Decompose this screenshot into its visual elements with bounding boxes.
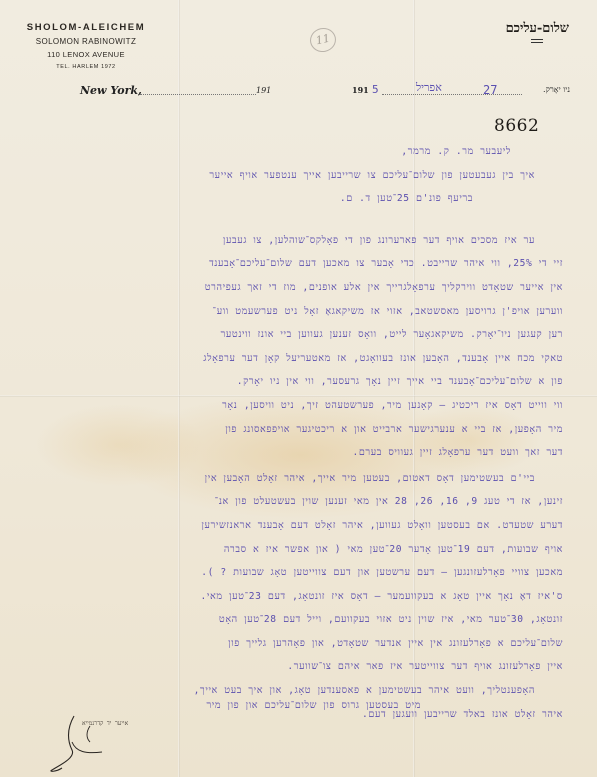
- letter-line: פון א שלום־עליכם־אָבענד ביי אייך זיין נא…: [43, 370, 563, 394]
- letter-line: דערע שטעדט. אם בעסטען וואָלט געווען, איה…: [43, 514, 563, 538]
- date-dotted-line: [382, 94, 522, 95]
- letterhead-hebrew: שלום-עליכם: [506, 20, 569, 43]
- letter-body: ליעבער מר. ק. מרמר, איך בין געבעטען פון …: [43, 140, 563, 726]
- letter-line: בריעף פונ'ם 25־טען ד. ם.: [43, 187, 563, 211]
- letterhead-address: 110 LENOX AVENUE: [26, 50, 146, 59]
- date-day: 27: [483, 83, 497, 97]
- letter-line: רען קעגען ניו־יאָרק. משיקאגאָער לייט, וו…: [43, 323, 563, 347]
- letter-line: טאקי מכח איין אָבענד, האָבען אונז בעוואָ…: [43, 347, 563, 371]
- letter-line: זונטאָג, 30־טער מאי, איז שוין ניט אזוי ב…: [43, 608, 563, 632]
- date-year-digit: 5: [372, 83, 379, 96]
- letter-line: ס'איז דאָ נאָך איין טאָג א בעקוועמער — ד…: [43, 585, 563, 609]
- date-city-english: New York,: [80, 84, 142, 97]
- letter-line: ווי ווייט דאָס איז ריכטיג — קאָנען מיר, …: [43, 394, 563, 418]
- letter-line: מיר האָפען, אז ביי א ענערגישער ארבייט או…: [43, 418, 563, 442]
- letter-line: זיי די 25%, ווי איהר שרייבט. כדי אָבער צ…: [43, 252, 563, 276]
- letterhead-name-hebrew: שלום-עליכם: [506, 20, 569, 36]
- letter-line: דער זאך וועט דער ערפאָלג זיין געוויס בער…: [43, 441, 563, 465]
- double-underline: [531, 39, 543, 43]
- letter-line: איך בין געבעטען פון שלום־עליכם צו שרייבע…: [43, 164, 563, 188]
- signature-label: אייער יד קדרנמייא: [82, 720, 128, 727]
- letterhead-english: SHOLOM-ALEICHEM SOLOMON RABINOWITZ 110 L…: [26, 22, 146, 70]
- letterhead-name: SHOLOM-ALEICHEM: [26, 22, 146, 33]
- letter-line: מאכען צוויי פאָרלעזונגען — דעם ערשטען או…: [43, 561, 563, 585]
- letter-line: זינען, אז די טעג 9, 16, 26, 28 אין מאי ז…: [43, 490, 563, 514]
- letter-line: ביי'ם בעשטימען דאָס דאטום, בעטען מיר איי…: [43, 467, 563, 491]
- date-year-prefix-english: 191: [256, 86, 271, 95]
- date-line-hebrew: 191 5 אפריל 27 ניו יאָרק.: [352, 82, 570, 98]
- letter-line: אין אייער שטאָדט ווירקליך ערפאָלגרייך אי…: [43, 276, 563, 300]
- date-year-prefix: 191: [352, 85, 369, 95]
- letter-line: אויף שבועות, דעם 19־טען אָדער 20־טען מאי…: [43, 538, 563, 562]
- letter-page: SHOLOM-ALEICHEM SOLOMON RABINOWITZ 110 L…: [0, 0, 597, 777]
- letter-line: ווערען אויפ'ן גרויסען מאסשטאב, אזוי אז מ…: [43, 300, 563, 324]
- letter-line: שלום־עליכם א פאָרלעזונג אין איין אנדער ש…: [43, 632, 563, 656]
- letterhead-real-name: SOLOMON RABINOWITZ: [26, 37, 146, 46]
- date-city-hebrew: ניו יאָרק.: [543, 85, 570, 94]
- letter-line: ער איז מסכים אויף דער פארערונג פון די פא…: [43, 229, 563, 253]
- letter-line: איין פאָרלעזונג אויף דער צווייטער איז פא…: [43, 655, 563, 679]
- salutation: ליעבער מר. ק. מרמר,: [43, 140, 563, 164]
- reference-number: 8662: [494, 116, 539, 136]
- date-dotted-line: [140, 94, 256, 95]
- closing-line: מיט בעסטען גרוס פון שלום־עליכם און פון מ…: [206, 700, 421, 711]
- archive-mark: 11: [308, 26, 338, 55]
- letterhead-telephone: TEL. HARLEM 1972: [26, 64, 146, 70]
- date-month: אפריל: [416, 81, 442, 94]
